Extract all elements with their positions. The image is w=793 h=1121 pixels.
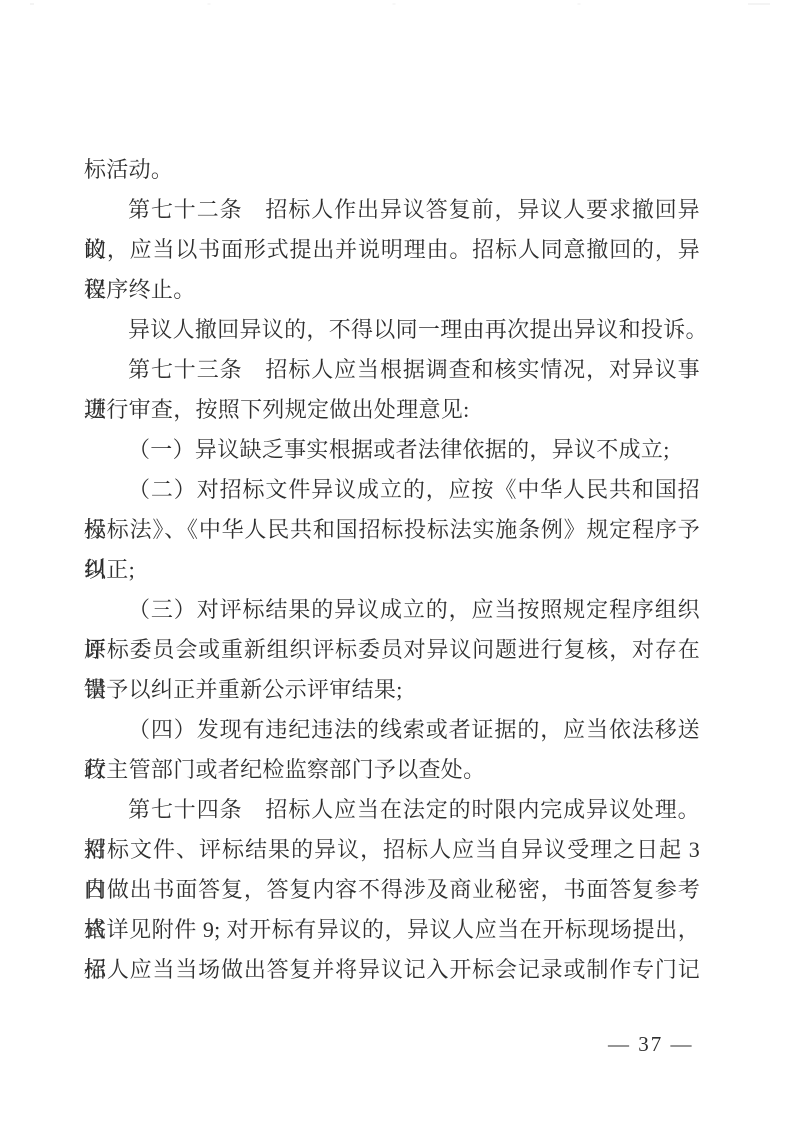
page-footer: — 37 — [608,1030,694,1058]
document-page: 标活动。 第七十二条 招标人作出异议答复前，异议人要求撤回异议 的，应当以书面形… [0,0,793,1121]
text-line: 程序终止。 [84,270,700,310]
text-line: 标人应当当场做出答复并将异议记入开标会记录或制作专门记 [84,950,700,990]
text-line: 投标法》、《中华人民共和国招标投标法实施条例》规定程序予以 [84,510,700,550]
text-line-item-1: （一）异议缺乏事实根据或者法律依据的，异议不成立; [84,430,700,470]
document-body: 标活动。 第七十二条 招标人作出异议答复前，异议人要求撤回异议 的，应当以书面形… [84,150,700,990]
text-line: 式详见附件 9; 对开标有异议的，异议人应当在开标现场提出，招 [84,910,700,950]
scan-artifact-top-edge [30,3,770,5]
text-line: 标活动。 [84,150,700,190]
text-line: 的，应当以书面形式提出并说明理由。招标人同意撤回的，异议 [84,230,700,270]
text-line-item-4: （四）发现有违纪违法的线索或者证据的，应当依法移送行 [84,710,700,750]
text-line-item-3: （三）对评标结果的异议成立的，应当按照规定程序组织原 [84,590,700,630]
page-number: — 37 — [608,1032,694,1056]
text-line: 异议人撤回异议的，不得以同一理由再次提出异议和投诉。 [84,310,700,350]
text-line: 招标文件、评标结果的异议，招标人应当自异议受理之日起 3 日 [84,830,700,870]
text-line-article-74: 第七十四条 招标人应当在法定的时限内完成异议处理。对 [84,790,700,830]
text-line-article-73: 第七十三条 招标人应当根据调查和核实情况，对异议事项 [84,350,700,390]
text-line: 政主管部门或者纪检监察部门予以查处。 [84,750,700,790]
text-line-article-72: 第七十二条 招标人作出异议答复前，异议人要求撤回异议 [84,190,700,230]
text-line: 进行审查，按照下列规定做出处理意见: [84,390,700,430]
text-line: 误予以纠正并重新公示评审结果; [84,670,700,710]
text-line: 纠正; [84,550,700,590]
text-line: 内做出书面答复，答复内容不得涉及商业秘密，书面答复参考格 [84,870,700,910]
text-line-item-2: （二）对招标文件异议成立的，应按《中华人民共和国招标 [84,470,700,510]
text-line: 评标委员会或重新组织评标委员对异议问题进行复核，对存在错 [84,630,700,670]
